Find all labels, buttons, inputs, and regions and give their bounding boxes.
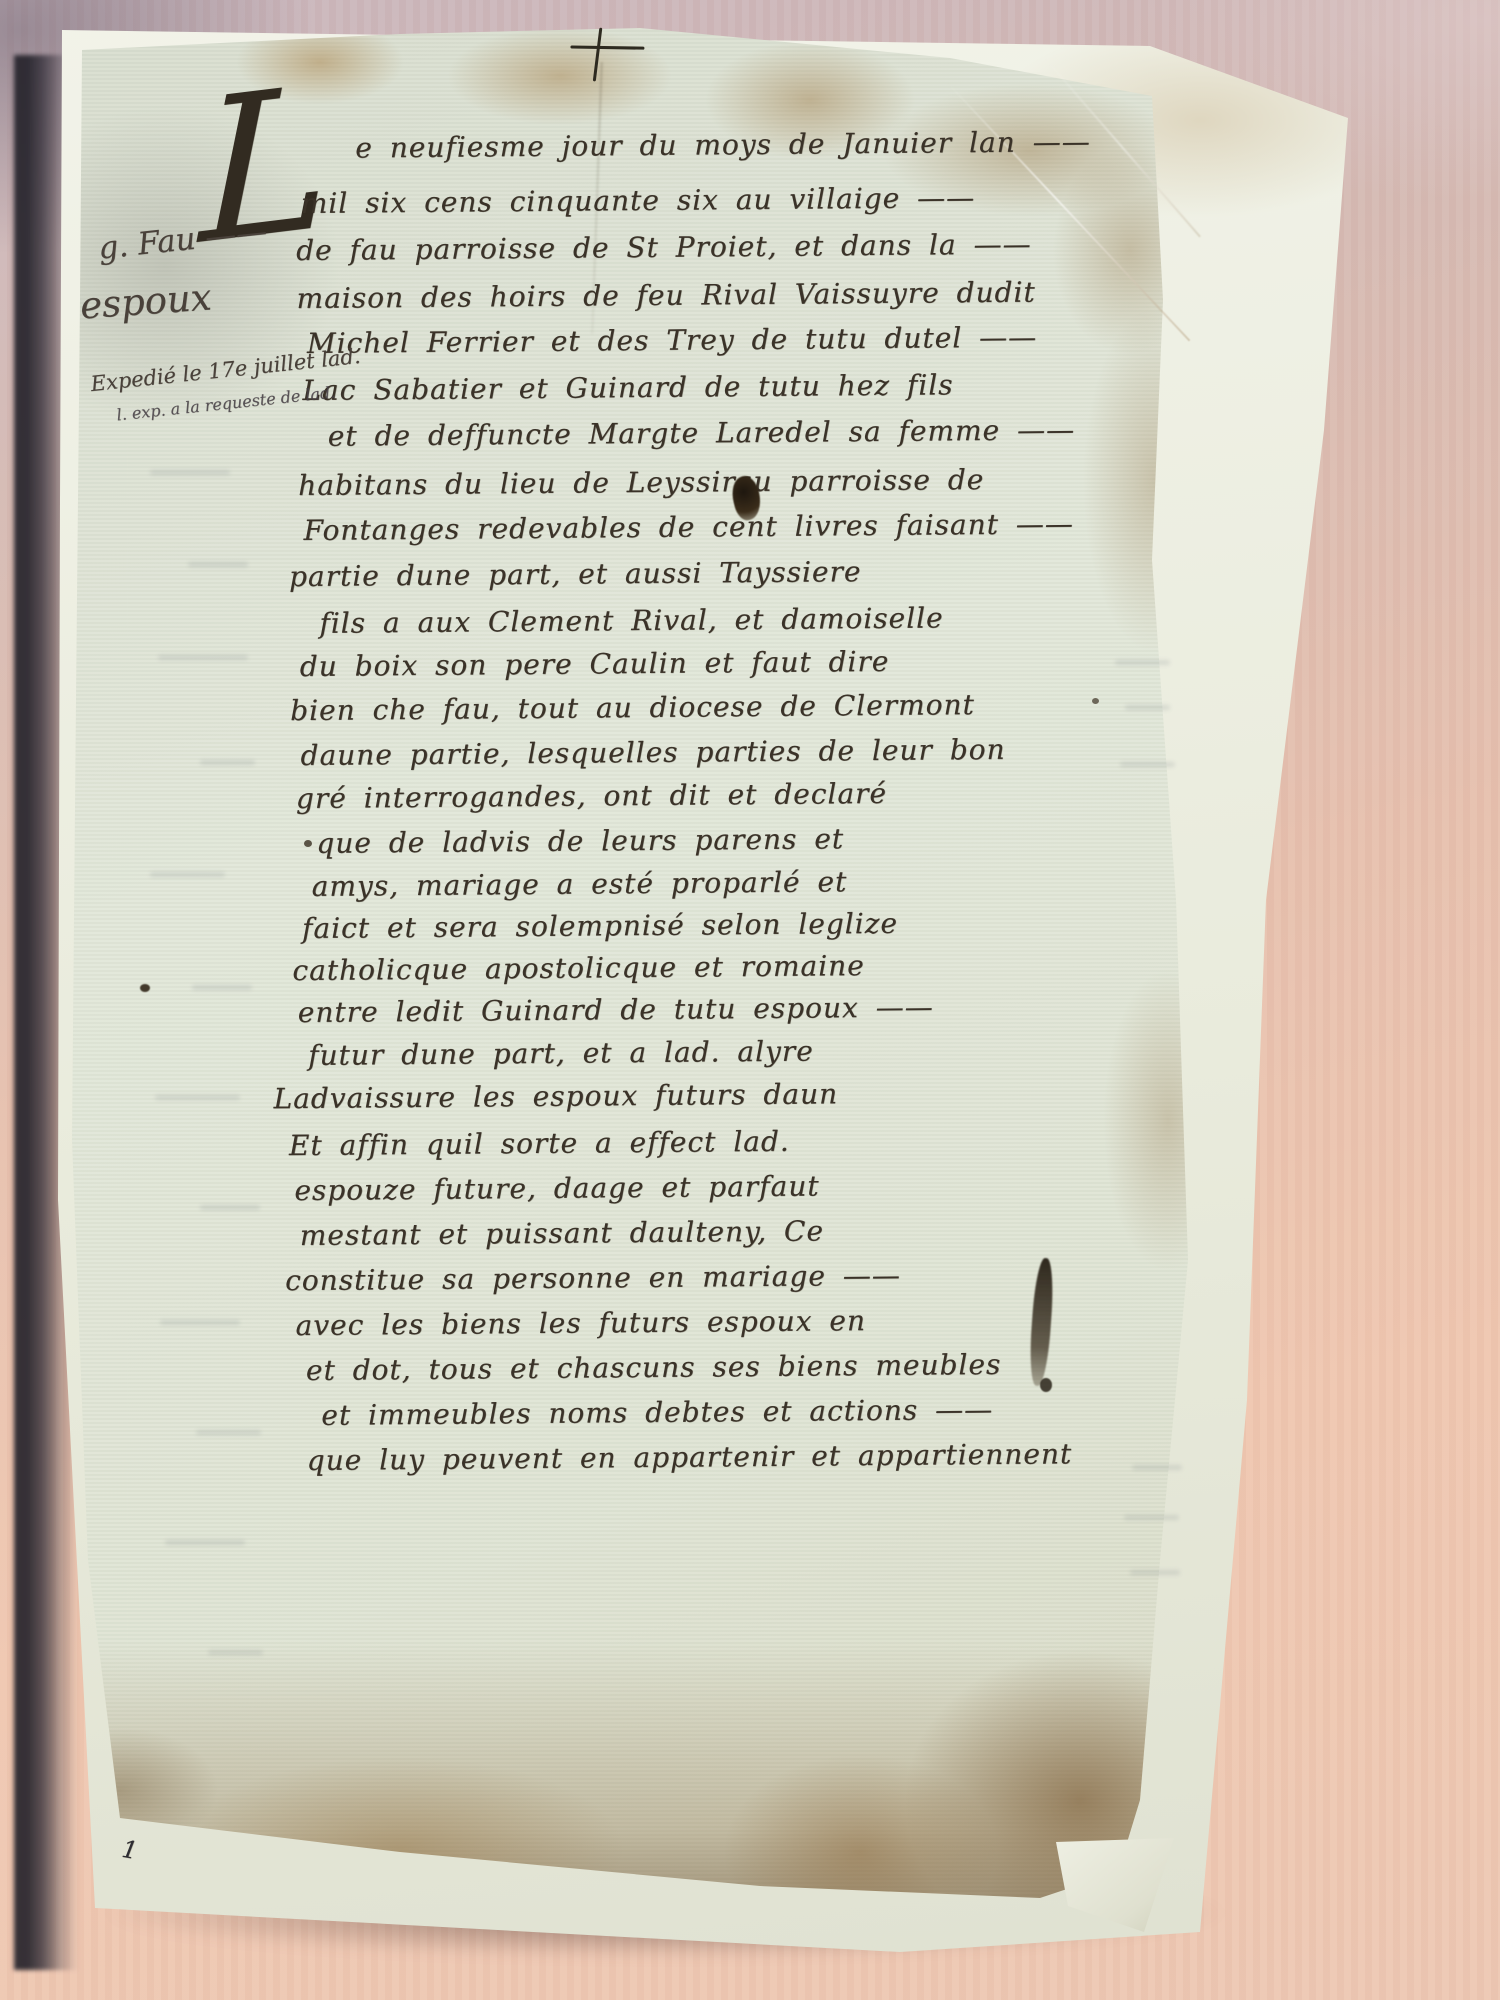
- manuscript-line: habitans du lieu de Leyssirau parroisse …: [298, 463, 984, 505]
- bleed-through-mark: [158, 655, 248, 660]
- manuscript-line: e neufiesme jour du moys de Januier lan …: [355, 125, 1091, 167]
- manuscript-line: avec les biens les futurs espoux en: [295, 1304, 866, 1345]
- manuscript-line: Fontanges redevables de cent livres fais…: [303, 507, 1074, 550]
- manuscript-line: Ladvaissure les espoux futurs daun: [273, 1077, 838, 1118]
- manuscript-line: de fau parroisse de St Proiet, et dans l…: [296, 228, 1032, 270]
- manuscript-line: que luy peuvent en appartenir et apparti…: [307, 1437, 1073, 1480]
- bleed-through-mark: [1125, 705, 1170, 710]
- manuscript-line: et de deffuncte Margte Laredel sa femme …: [328, 413, 1076, 456]
- ink-spot: [1092, 698, 1099, 704]
- manuscript-line: Lac Sabatier et Guinard de tutu hez fils: [302, 368, 953, 410]
- manuscript-line: et immeubles noms debtes et actions ——: [321, 1393, 993, 1435]
- manuscript-line: Michel Ferrier et des Trey de tutu dutel…: [307, 321, 1037, 363]
- manuscript-line: mil six cens cinquante six au villaige —…: [301, 181, 976, 223]
- bleed-through-mark: [188, 562, 248, 567]
- ink-smudge-drip: [1040, 1378, 1052, 1392]
- bleed-through-mark: [196, 1430, 261, 1435]
- cross-icon-stroke: [593, 28, 603, 82]
- bleed-through-mark: [150, 872, 225, 877]
- manuscript-line: daune partie, lesquelles parties de leur…: [300, 733, 1005, 775]
- bleed-through-mark: [150, 470, 230, 475]
- bleed-through-mark: [165, 1540, 245, 1545]
- manuscript-line: gré interrogandes, ont dit et declaré: [296, 777, 887, 818]
- manuscript-line: mestant et puissant daulteny, Ce: [300, 1214, 825, 1255]
- bleed-through-mark: [1124, 1515, 1179, 1520]
- ink-spot: [140, 984, 150, 992]
- bleed-through-mark: [155, 1095, 240, 1100]
- bleed-through-mark: [160, 1320, 240, 1325]
- cross-icon: [564, 24, 647, 88]
- bleed-through-mark: [1120, 762, 1175, 767]
- bleed-through-mark: [192, 985, 252, 990]
- manuscript-line: faict et sera solempnisé selon leglize: [302, 907, 898, 948]
- bleed-through-mark: [1130, 1570, 1180, 1575]
- margin-note-espoux: espoux: [79, 275, 213, 327]
- manuscript-line: fils a aux Clement Rival, et damoiselle: [319, 601, 944, 642]
- manuscript-line: entre ledit Guinard de tutu espoux ——: [298, 991, 934, 1033]
- manuscript-line: que de ladvis de leurs parens et: [316, 822, 844, 863]
- photograph-of-manuscript: L e neufiesme jour du moys de Januier la…: [0, 0, 1500, 2000]
- manuscript-line: partie dune part, et aussi Tayssiere: [289, 555, 862, 596]
- manuscript-line: constitue sa personne en mariage ——: [285, 1259, 901, 1300]
- manuscript-line: Et affin quil sorte a effect lad.: [289, 1125, 790, 1165]
- manuscript-text-block: e neufiesme jour du moys de Januier lan …: [300, 110, 1212, 1538]
- manuscript-line: du boix son pere Caulin et faut dire: [300, 645, 890, 686]
- bleed-through-mark: [1132, 1465, 1182, 1470]
- cross-icon-stroke: [570, 45, 644, 49]
- bleed-through-mark: [208, 1650, 263, 1655]
- manuscript-line: maison des hoirs de feu Rival Vaissuyre …: [296, 276, 1035, 318]
- ink-spot: [304, 840, 312, 847]
- bleed-through-mark: [200, 1205, 260, 1210]
- bleed-through-mark: [1115, 660, 1170, 665]
- manuscript-line: et dot, tous et chascuns ses biens meubl…: [306, 1348, 1002, 1390]
- manuscript-line: futur dune part, et a lad. alyre: [308, 1035, 814, 1075]
- manuscript-line: espouze future, daage et parfaut: [294, 1170, 819, 1211]
- manuscript-line: catholicque apostolicque et romaine: [292, 949, 865, 990]
- manuscript-line: bien che fau, tout au diocese de Clermon…: [290, 688, 975, 730]
- bleed-through-mark: [200, 760, 255, 765]
- manuscript-line: amys, mariage a esté proparlé et: [312, 865, 848, 906]
